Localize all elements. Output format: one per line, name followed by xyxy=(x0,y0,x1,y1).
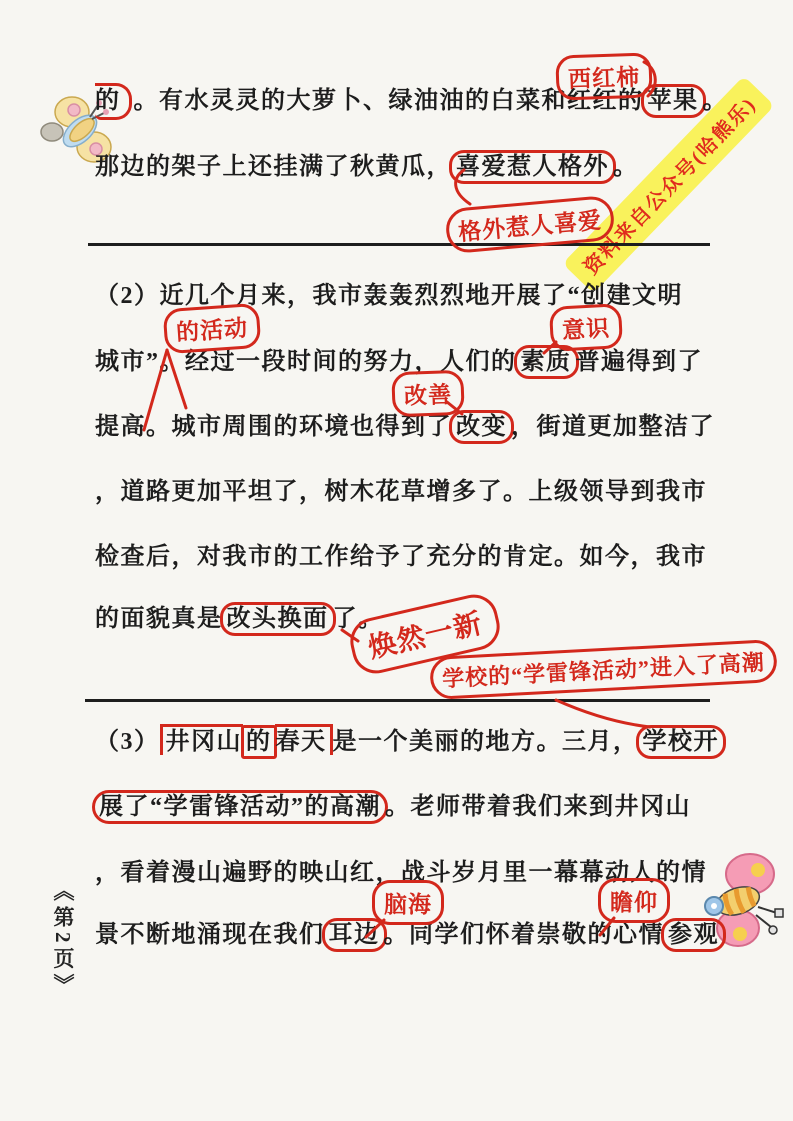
circled-phrase-word-order: 喜爱惹人格外 xyxy=(449,150,616,184)
text-segment: ，道路更加平坦了，树木花草增多了。上级领导到我市 xyxy=(95,479,707,505)
text-segment: 普遍得到了 xyxy=(576,349,704,375)
text-segment: 检查后，对我市的工作给予了充分的肯定。如今，我市 xyxy=(95,544,707,570)
circled-word-erbian: 耳边 xyxy=(322,918,387,952)
correction-bubble-gaishan: 改善 xyxy=(391,370,465,417)
text-segment: 。同学们怀着崇敬的心情 xyxy=(384,922,665,948)
divider-line-2 xyxy=(85,699,710,702)
text-line-p1-2: 那边的架子上还挂满了秋黄瓜，喜爱惹人格外。 xyxy=(95,152,639,183)
circled-word-canguan: 参观 xyxy=(661,918,726,952)
text-segment: 的面貌真是 xyxy=(95,606,223,632)
text-line-p2-3: 提高。城市周围的环境也得到了改变，街道更加整洁了 xyxy=(95,412,715,443)
page-number-marker: 《第2页》 xyxy=(48,880,78,1000)
text-segment: ，街道更加整洁了 xyxy=(511,414,715,440)
text-line-p2-4: ，道路更加平坦了，树木花草增多了。上级领导到我市 xyxy=(95,477,707,508)
text-line-p2-5: 检查后，对我市的工作给予了充分的肯定。如今，我市 xyxy=(95,542,707,573)
divider-line-1 xyxy=(88,243,710,246)
text-segment: 。 xyxy=(613,154,639,180)
text-segment: 景不断地涌现在我们 xyxy=(95,922,325,948)
correction-bubble-zhanyang: 瞻仰 xyxy=(598,878,670,923)
carryover-hook-mark: 的 xyxy=(95,83,132,120)
correction-bubble-yishi: 意识 xyxy=(549,303,623,352)
circled-phrase-xuexiaokai: 学校开 xyxy=(636,725,727,759)
text-line-p3-1: （3）井冈山的春天是一个美丽的地方。三月，学校开 xyxy=(95,727,723,758)
text-line-p2-6: 的面貌真是改头换面了。 xyxy=(95,604,384,635)
correction-bubble-tomato: 西红柿 xyxy=(555,52,653,100)
text-segment: 提高。城市周围的环境也得到了 xyxy=(95,414,452,440)
text-segment: 。老师带着我们来到井冈山 xyxy=(385,794,691,820)
swap-mark-de: 的 xyxy=(241,725,277,759)
circled-idiom-gaitouhuanmian: 改头换面 xyxy=(220,602,336,636)
circled-word-gaibian: 改变 xyxy=(449,410,514,444)
text-segment: 是一个美丽的地方。三月， xyxy=(333,729,639,755)
text-line-p3-2: 展了“学雷锋活动”的高潮。老师带着我们来到井冈山 xyxy=(95,792,691,823)
worksheet-page: 资料来自公众号(哈熊乐) 的。有水灵灵的大萝卜、绿油油的白菜和红红的苹果。 西红… xyxy=(0,0,793,1121)
correction-bubble-insert-dehuodong: 的活动 xyxy=(163,303,262,355)
swap-mark-chuntian: 春天 xyxy=(275,724,333,755)
text-segment: （3） xyxy=(95,729,160,755)
text-segment: 。 xyxy=(703,88,729,114)
correction-bubble-naohai: 脑海 xyxy=(372,880,444,925)
circled-phrase-gaochao: 展了“学雷锋活动”的高潮 xyxy=(92,790,388,824)
text-segment: 那边的架子上还挂满了秋黄瓜， xyxy=(95,154,452,180)
swap-mark-jinggangshan: 井冈山 xyxy=(160,724,244,755)
circled-word-apple: 苹果 xyxy=(641,84,706,118)
